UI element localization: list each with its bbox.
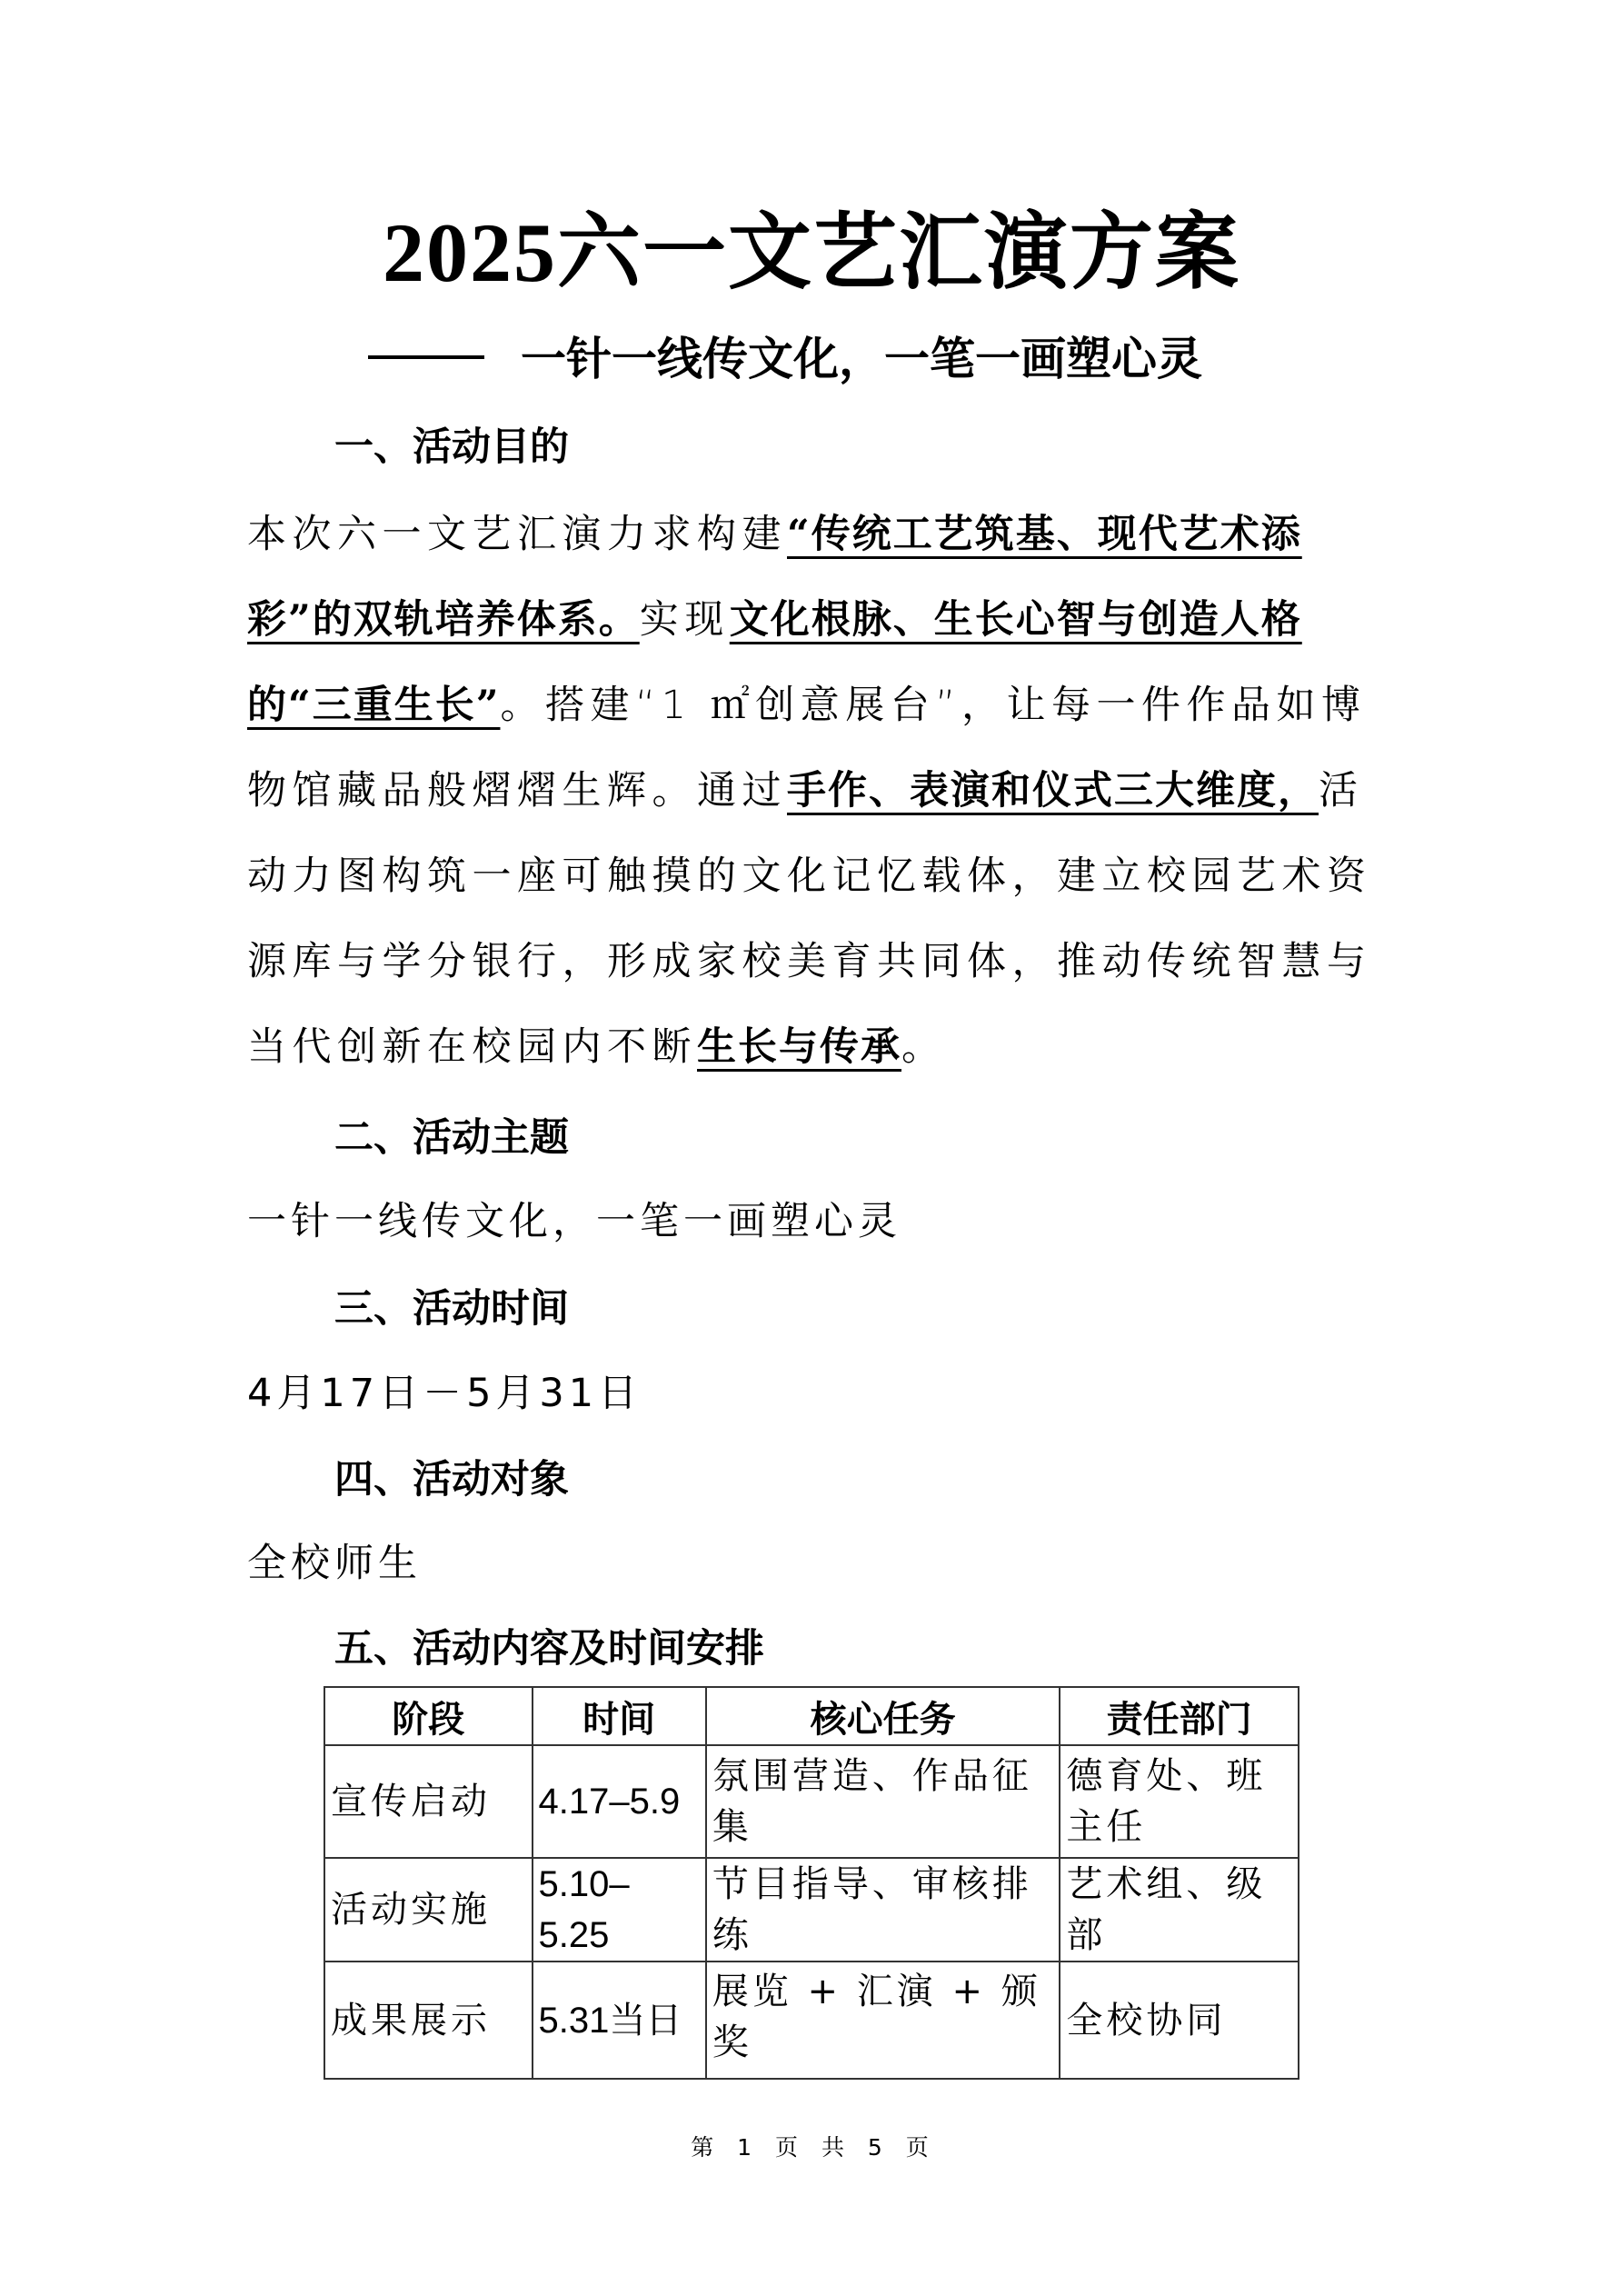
table-header-cell: 责任部门	[1060, 1687, 1299, 1745]
paragraph-run-underlined: 生长与传承	[697, 1024, 901, 1070]
table-header-cell: 阶段	[324, 1687, 533, 1745]
table-cell: 5.31当日	[533, 1962, 706, 2079]
table-cell: 展览 + 汇演 + 颁奖	[706, 1962, 1060, 2079]
section-heading-audience: 四、活动对象	[334, 1452, 569, 1507]
document-subtitle: 一针一线传文化，一笔一画塑心灵	[368, 327, 1202, 391]
paragraph-run-underlined: 手作、表演和仪式三大维度，	[787, 768, 1319, 814]
section-text-audience: 全校师生	[247, 1536, 422, 1591]
page-number-footer: 第 1 页 共 5 页	[0, 2134, 1623, 2161]
section-heading-time: 三、活动时间	[334, 1282, 569, 1336]
paragraph-run: 。	[901, 1024, 947, 1070]
document-title: 2025六一文艺汇演方案	[0, 198, 1623, 307]
table-cell: 成果展示	[324, 1962, 533, 2079]
section-heading-theme: 二、活动主题	[334, 1111, 569, 1165]
table-cell: 5.10–5.25	[533, 1858, 706, 1962]
table-cell: 德育处、班主任	[1060, 1745, 1299, 1858]
table-row: 活动实施 5.10–5.25 节目指导、审核排练 艺术组、级部	[324, 1858, 1299, 1962]
table-cell: 节目指导、审核排练	[706, 1858, 1060, 1962]
paragraph-run: 实现	[640, 597, 730, 643]
section-text-time: 4月17日－5月31日	[247, 1366, 642, 1421]
section-paragraph-purpose: 本次六一文艺汇演力求构建“传统工艺筑基、现代艺术添彩”的双轨培养体系。实现文化根…	[247, 492, 1392, 1090]
section-heading-schedule: 五、活动内容及时间安排	[334, 1622, 764, 1676]
table-row: 宣传启动 4.17–5.9 氛围营造、作品征集 德育处、班主任	[324, 1745, 1299, 1858]
paragraph-run: 本次六一文艺汇演力求构建	[247, 512, 787, 557]
table-cell: 艺术组、级部	[1060, 1858, 1299, 1962]
table-row: 成果展示 5.31当日 展览 + 汇演 + 颁奖 全校协同	[324, 1962, 1299, 2079]
table-header-row: 阶段 时间 核心任务 责任部门	[324, 1687, 1299, 1745]
subtitle-text: 一针一线传文化，一笔一画塑心灵	[521, 332, 1202, 385]
table-cell: 宣传启动	[324, 1745, 533, 1858]
table-cell: 活动实施	[324, 1858, 533, 1962]
table-cell: 4.17–5.9	[533, 1745, 706, 1858]
schedule-table: 阶段 时间 核心任务 责任部门 宣传启动 4.17–5.9 氛围营造、作品征集 …	[324, 1686, 1299, 2080]
table-cell: 氛围营造、作品征集	[706, 1745, 1060, 1858]
table-header-cell: 时间	[533, 1687, 706, 1745]
table-cell: 全校协同	[1060, 1962, 1299, 2079]
section-text-theme: 一针一线传文化，一笔一画塑心灵	[247, 1194, 901, 1249]
table-header-cell: 核心任务	[706, 1687, 1060, 1745]
section-heading-purpose: 一、活动目的	[334, 420, 569, 474]
em-dash-decoration	[368, 355, 484, 359]
